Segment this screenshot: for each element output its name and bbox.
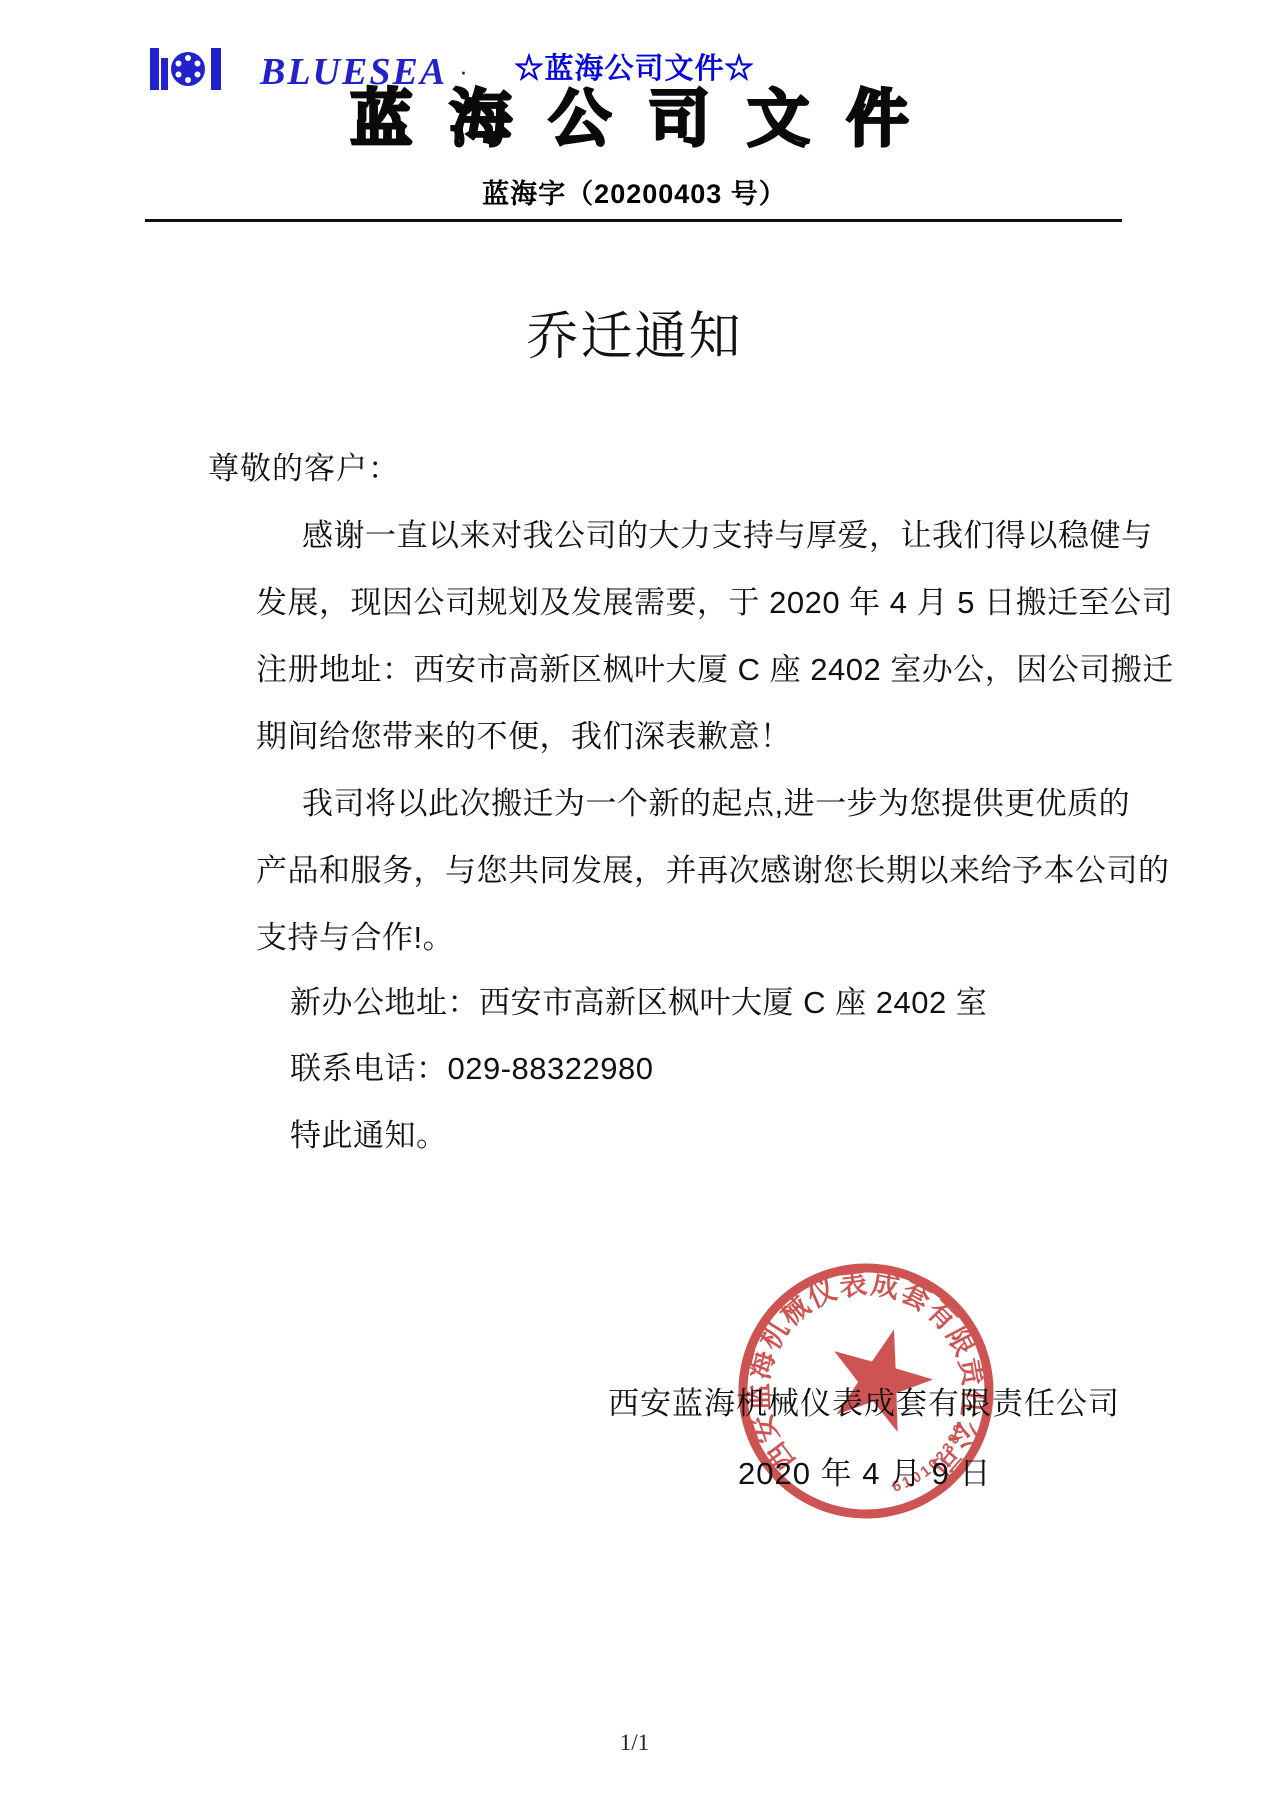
body-line: 期间给您带来的不便，我们深表歉意！	[256, 711, 792, 756]
doc-number: 蓝海字（20200403 号）	[0, 172, 1269, 211]
masthead-title: 蓝 海 公 司 文 件	[0, 86, 1269, 154]
body-line: 感谢一直以来对我公司的大力支持与厚爱，让我们得以稳健与	[302, 510, 1153, 555]
body-line: 发展，现因公司规划及发展需要，于 2020 年 4 月 5 日搬迁至公司	[256, 577, 1173, 622]
body-line-closing: 特此通知。	[290, 1110, 448, 1155]
salutation: 尊敬的客户：	[208, 443, 400, 488]
horizontal-rule	[145, 219, 1122, 222]
signature-company: 西安蓝海机械仪表成套有限责任公司	[608, 1378, 1120, 1423]
body-line: 我司将以此次搬迁为一个新的起点,进一步为您提供更优质的	[302, 778, 1130, 823]
body-line: 产品和服务，与您共同发展，并再次感谢您长期以来给予本公司的	[256, 845, 1170, 890]
body-line: 支持与合作!。	[256, 912, 454, 957]
signature-date: 2020 年 4 月 9 日	[738, 1448, 992, 1493]
body-line-phone: 联系电话：029-88322980	[290, 1043, 653, 1088]
document-page: BLUESEA · ☆蓝海公司文件☆ 蓝 海 公 司 文 件 蓝海字（20200…	[0, 0, 1269, 1795]
notice-title: 乔迁通知	[0, 294, 1269, 369]
header-doc-label: ☆蓝海公司文件☆	[0, 46, 1269, 87]
body-line: 注册地址：西安市高新区枫叶大厦 C 座 2402 室办公，因公司搬迁	[256, 644, 1174, 689]
body-line-new-address: 新办公地址：西安市高新区枫叶大厦 C 座 2402 室	[290, 977, 987, 1022]
page-number: 1/1	[0, 1730, 1269, 1756]
